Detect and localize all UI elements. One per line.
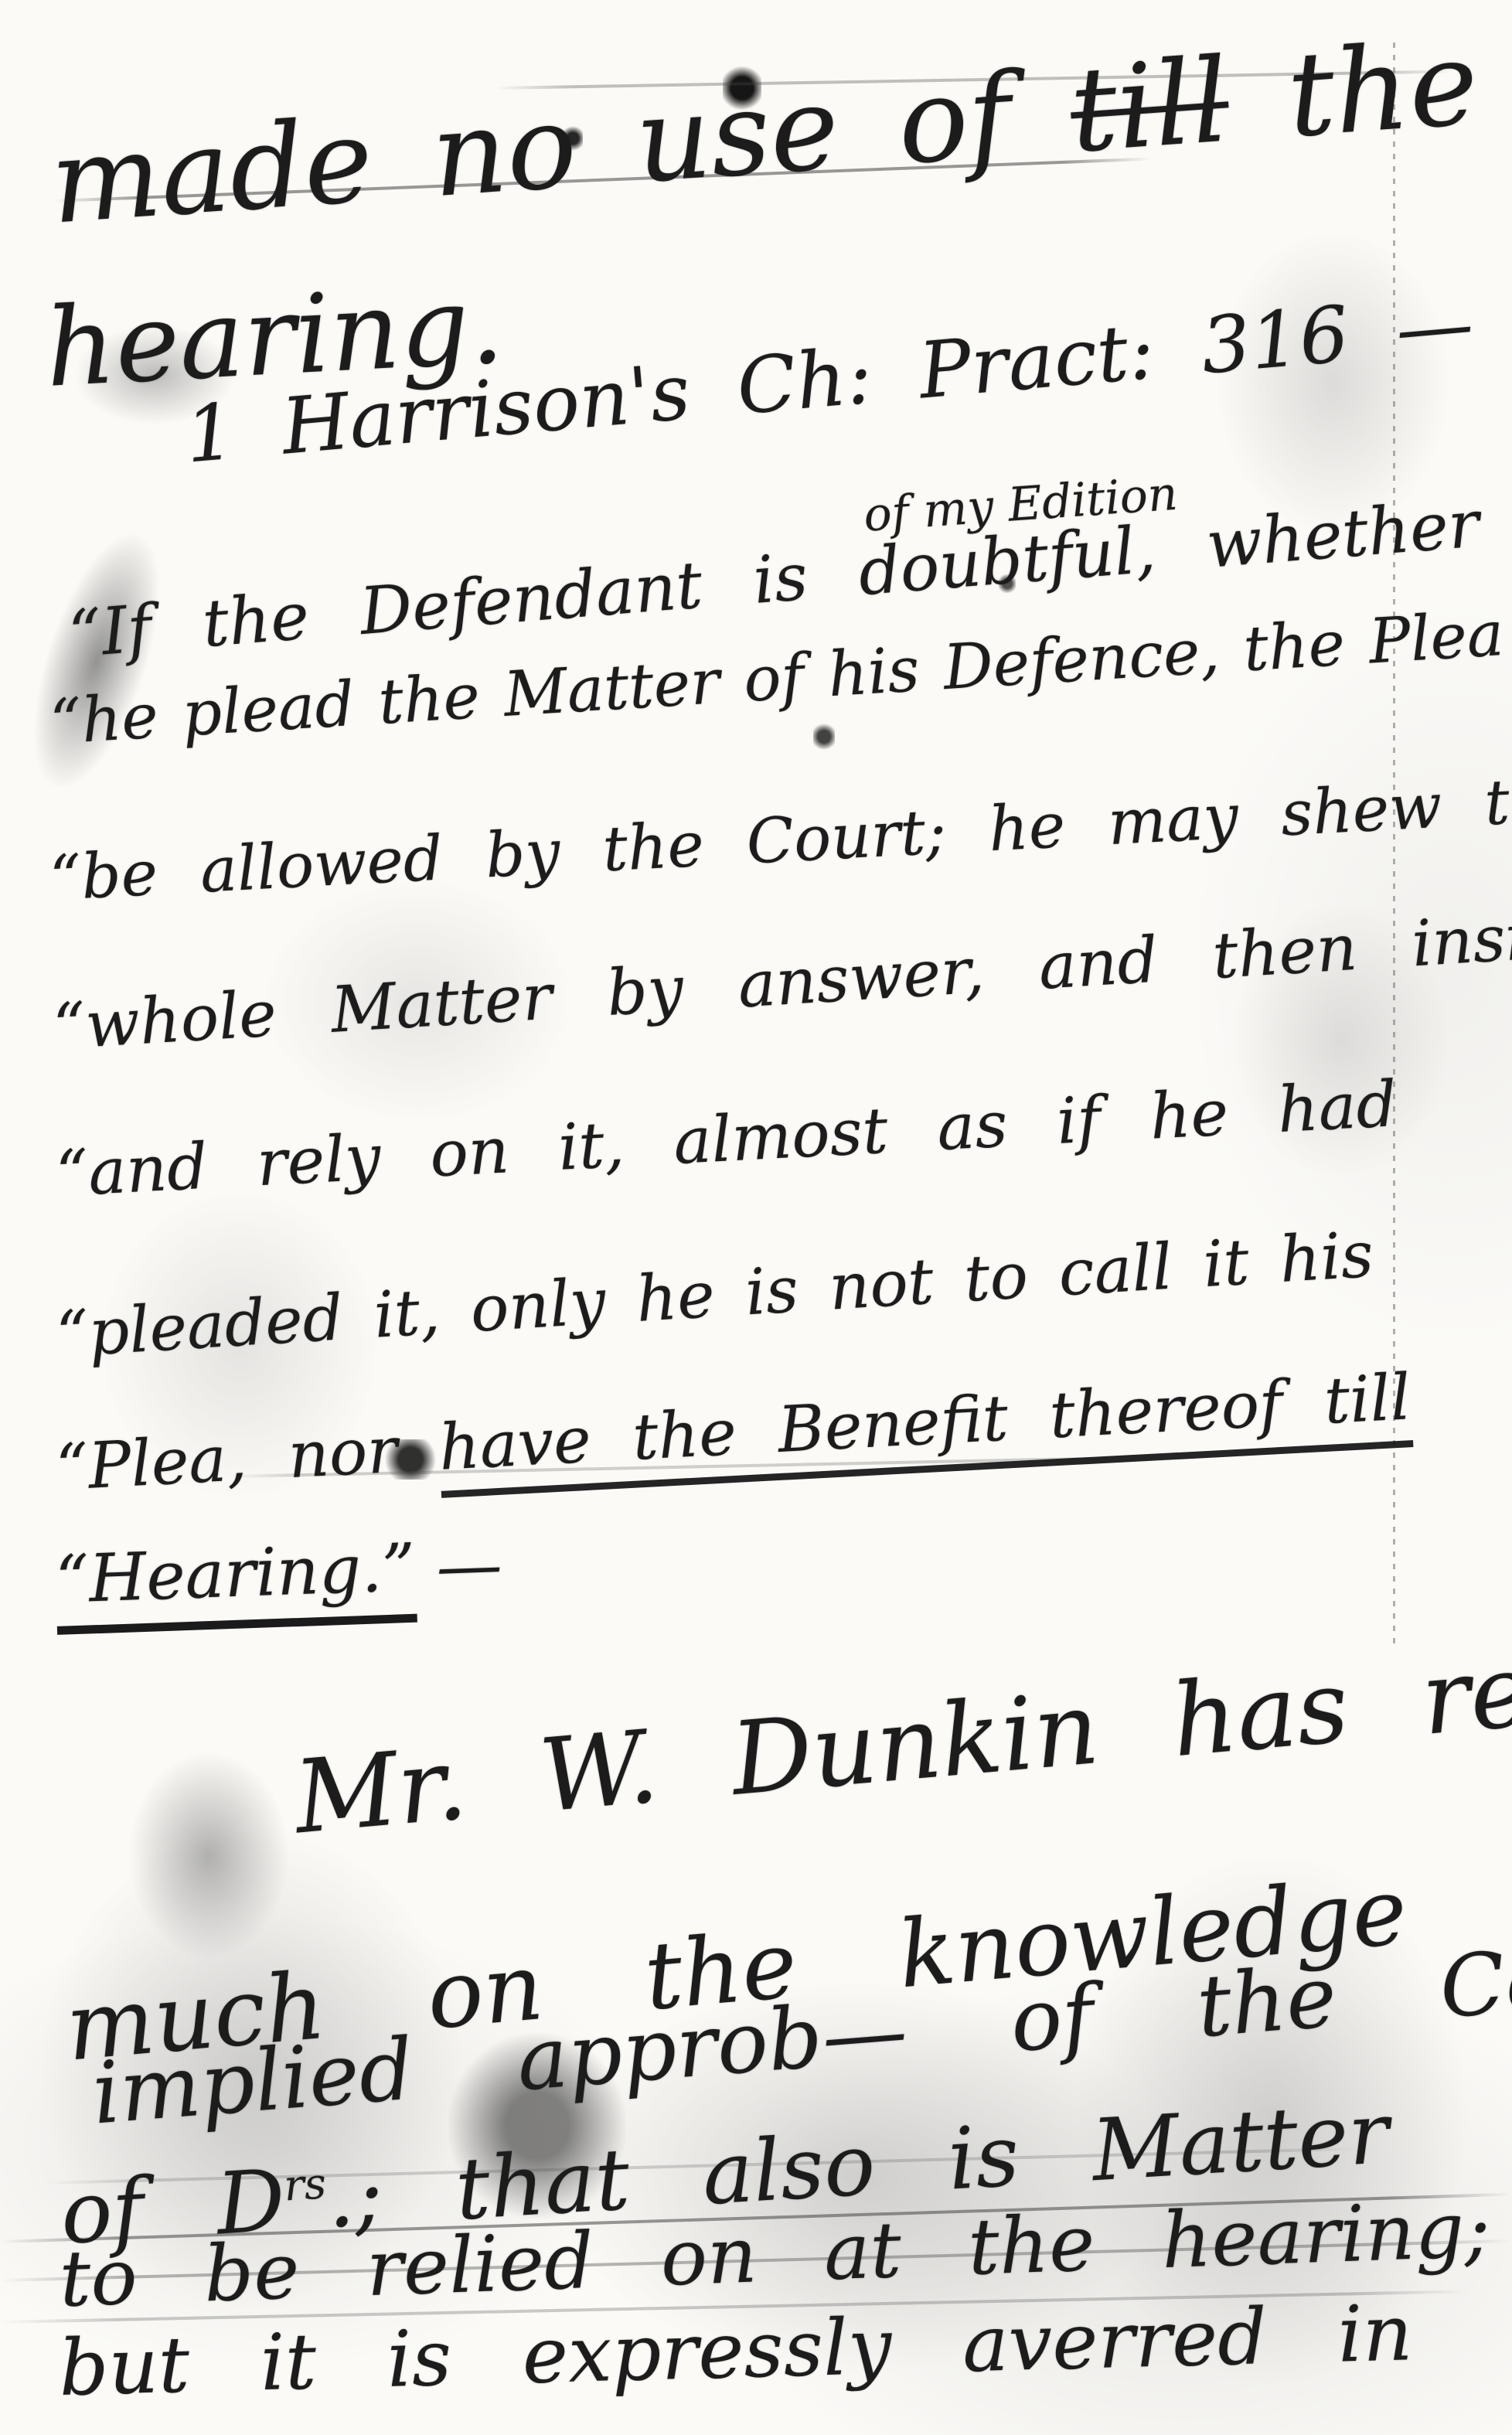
quote-line-8: “Hearing.” — — [54, 1527, 503, 1619]
quote-line-6: “pleaded it, only he is not to call it h… — [54, 1218, 1375, 1372]
line-1-struck-word: till — [1066, 34, 1233, 179]
quote-line-7-prefix: “Plea, nor — [54, 1412, 441, 1505]
ink-blot — [813, 723, 835, 751]
stain — [128, 1751, 290, 1960]
quote-line-3: “be allowed by the Court; he may shew th… — [48, 762, 1512, 914]
paragraph2-line-4-superscript: rs — [282, 2158, 327, 2210]
quote-line-7: “Plea, nor have the Benefit thereof till — [54, 1361, 1412, 1505]
quote-line-5: “and rely on it, almost as if he had — [54, 1068, 1398, 1211]
paragraph2-line-1: Mr. W. Dunkin has relied — [290, 1615, 1512, 1856]
manuscript-line-1: made no use of till the — [46, 16, 1482, 250]
manuscript-page: made no use of till the hearing. 1 Harri… — [0, 0, 1512, 2435]
quote-line-8-underlined: “Hearing.” — [54, 1530, 417, 1635]
line-1-prefix: made no use of — [46, 45, 1075, 250]
quote-line-7-underlined: have the Benefit thereof till — [438, 1361, 1413, 1498]
quote-line-4: “whole Matter by answer, and then insist — [51, 897, 1512, 1064]
line-1-suffix: the — [1224, 16, 1483, 168]
quote-line-8-suffix: — — [414, 1527, 503, 1606]
